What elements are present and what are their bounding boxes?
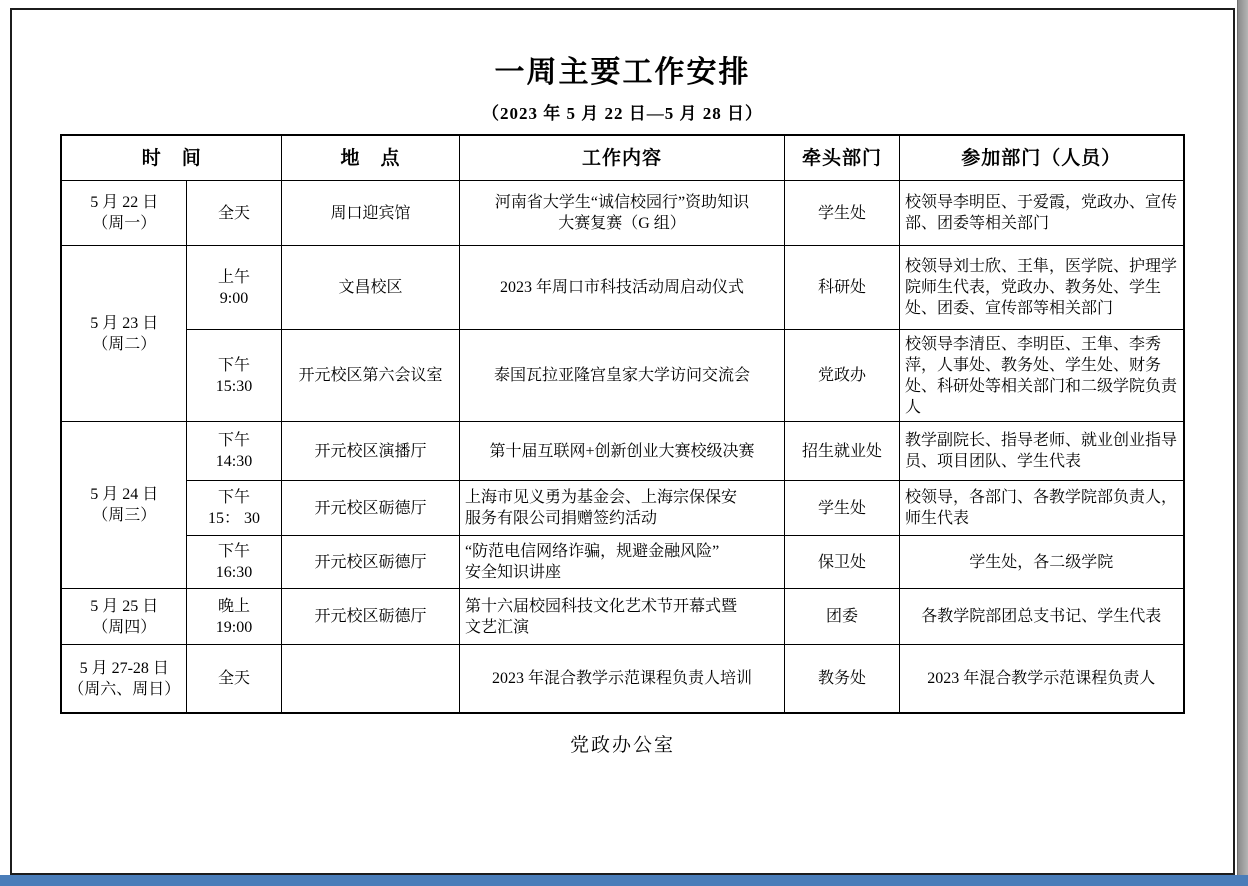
content-cell: 第十六届校园科技文化艺术节开幕式暨 文艺汇演 [460, 589, 785, 645]
participants-cell: 校领导李明臣、于爱霞，党政办、宣传部、团委等相关部门 [900, 181, 1184, 246]
content-cell: 2023 年周口市科技活动周启动仪式 [460, 246, 785, 330]
date-cell: 5 月 22 日 （周一） [61, 181, 186, 246]
location-cell: 开元校区砺德厅 [282, 536, 460, 589]
lead-dept-cell: 学生处 [785, 481, 900, 536]
time-cell: 全天 [186, 645, 281, 713]
page-subtitle: （2023 年 5 月 22 日—5 月 28 日） [12, 104, 1233, 124]
participants-cell: 校领导刘士欣、王隼，医学院、护理学院师生代表，党政办、教务处、学生处、团委、宣传… [900, 246, 1184, 330]
date-cell: 5 月 25 日 （周四） [61, 589, 186, 645]
lead-dept-cell: 团委 [785, 589, 900, 645]
document-page: 一周主要工作安排 （2023 年 5 月 22 日—5 月 28 日） 时 间 … [10, 8, 1235, 875]
time-cell: 下午 15： 30 [186, 481, 281, 536]
window-right-edge [1237, 0, 1248, 875]
time-cell: 上午 9:00 [186, 246, 281, 330]
col-header-time: 时 间 [61, 135, 281, 181]
location-cell: 开元校区第六会议室 [282, 330, 460, 422]
lead-dept-cell: 党政办 [785, 330, 900, 422]
time-cell: 下午 15:30 [186, 330, 281, 422]
col-header-location: 地 点 [282, 135, 460, 181]
table-row: 下午 15： 30 开元校区砺德厅 上海市见义勇为基金会、上海宗保保安 服务有限… [61, 481, 1183, 536]
participants-cell: 教学副院长、指导老师、就业创业指导员、项目团队、学生代表 [900, 422, 1184, 481]
table-row: 5 月 24 日 （周三） 下午 14:30 开元校区演播厅 第十届互联网+创新… [61, 422, 1183, 481]
table-row: 下午 16:30 开元校区砺德厅 “防范电信网络诈骗，规避金融风险” 安全知识讲… [61, 536, 1183, 589]
content-cell: 第十届互联网+创新创业大赛校级决赛 [460, 422, 785, 481]
participants-cell: 学生处，各二级学院 [900, 536, 1184, 589]
lead-dept-cell: 保卫处 [785, 536, 900, 589]
schedule-table: 时 间 地 点 工作内容 牵头部门 参加部门（人员） 5 月 22 日 （周一）… [60, 134, 1184, 714]
location-cell: 开元校区演播厅 [282, 422, 460, 481]
page-footer: 党政办公室 [12, 730, 1233, 757]
location-cell: 周口迎宾馆 [282, 181, 460, 246]
time-cell: 下午 14:30 [186, 422, 281, 481]
location-cell: 开元校区砺德厅 [282, 481, 460, 536]
participants-cell: 2023 年混合教学示范课程负责人 [900, 645, 1184, 713]
participants-cell: 校领导，各部门、各教学院部负责人，师生代表 [900, 481, 1184, 536]
col-header-content: 工作内容 [460, 135, 785, 181]
date-cell: 5 月 23 日 （周二） [61, 246, 186, 422]
time-cell: 下午 16:30 [186, 536, 281, 589]
window-bottom-bar [0, 875, 1248, 886]
table-row: 5 月 22 日 （周一） 全天 周口迎宾馆 河南省大学生“诚信校园行”资助知识… [61, 181, 1183, 246]
col-header-participants: 参加部门（人员） [900, 135, 1184, 181]
participants-cell: 校领导李清臣、李明臣、王隼、李秀萍，人事处、教务处、学生处、财务处、科研处等相关… [900, 330, 1184, 422]
content-cell: 河南省大学生“诚信校园行”资助知识 大赛复赛（G 组） [460, 181, 785, 246]
participants-cell: 各教学院部团总支书记、学生代表 [900, 589, 1184, 645]
time-cell: 晚上 19:00 [186, 589, 281, 645]
col-header-lead: 牵头部门 [785, 135, 900, 181]
date-cell: 5 月 24 日 （周三） [61, 422, 186, 589]
table-row: 下午 15:30 开元校区第六会议室 泰国瓦拉亚隆宫皇家大学访问交流会 党政办 … [61, 330, 1183, 422]
content-cell: “防范电信网络诈骗，规避金融风险” 安全知识讲座 [460, 536, 785, 589]
location-cell: 文昌校区 [282, 246, 460, 330]
lead-dept-cell: 教务处 [785, 645, 900, 713]
content-cell: 2023 年混合教学示范课程负责人培训 [460, 645, 785, 713]
location-cell: 开元校区砺德厅 [282, 589, 460, 645]
date-cell: 5 月 27-28 日 （周六、周日） [61, 645, 186, 713]
content-cell: 泰国瓦拉亚隆宫皇家大学访问交流会 [460, 330, 785, 422]
table-row: 5 月 23 日 （周二） 上午 9:00 文昌校区 2023 年周口市科技活动… [61, 246, 1183, 330]
lead-dept-cell: 科研处 [785, 246, 900, 330]
header-row: 时 间 地 点 工作内容 牵头部门 参加部门（人员） [61, 135, 1183, 181]
lead-dept-cell: 学生处 [785, 181, 900, 246]
table-row: 5 月 25 日 （周四） 晚上 19:00 开元校区砺德厅 第十六届校园科技文… [61, 589, 1183, 645]
lead-dept-cell: 招生就业处 [785, 422, 900, 481]
location-cell [282, 645, 460, 713]
table-row: 5 月 27-28 日 （周六、周日） 全天 2023 年混合教学示范课程负责人… [61, 645, 1183, 713]
content-cell: 上海市见义勇为基金会、上海宗保保安 服务有限公司捐赠签约活动 [460, 481, 785, 536]
time-cell: 全天 [186, 181, 281, 246]
page-title: 一周主要工作安排 [12, 54, 1233, 92]
